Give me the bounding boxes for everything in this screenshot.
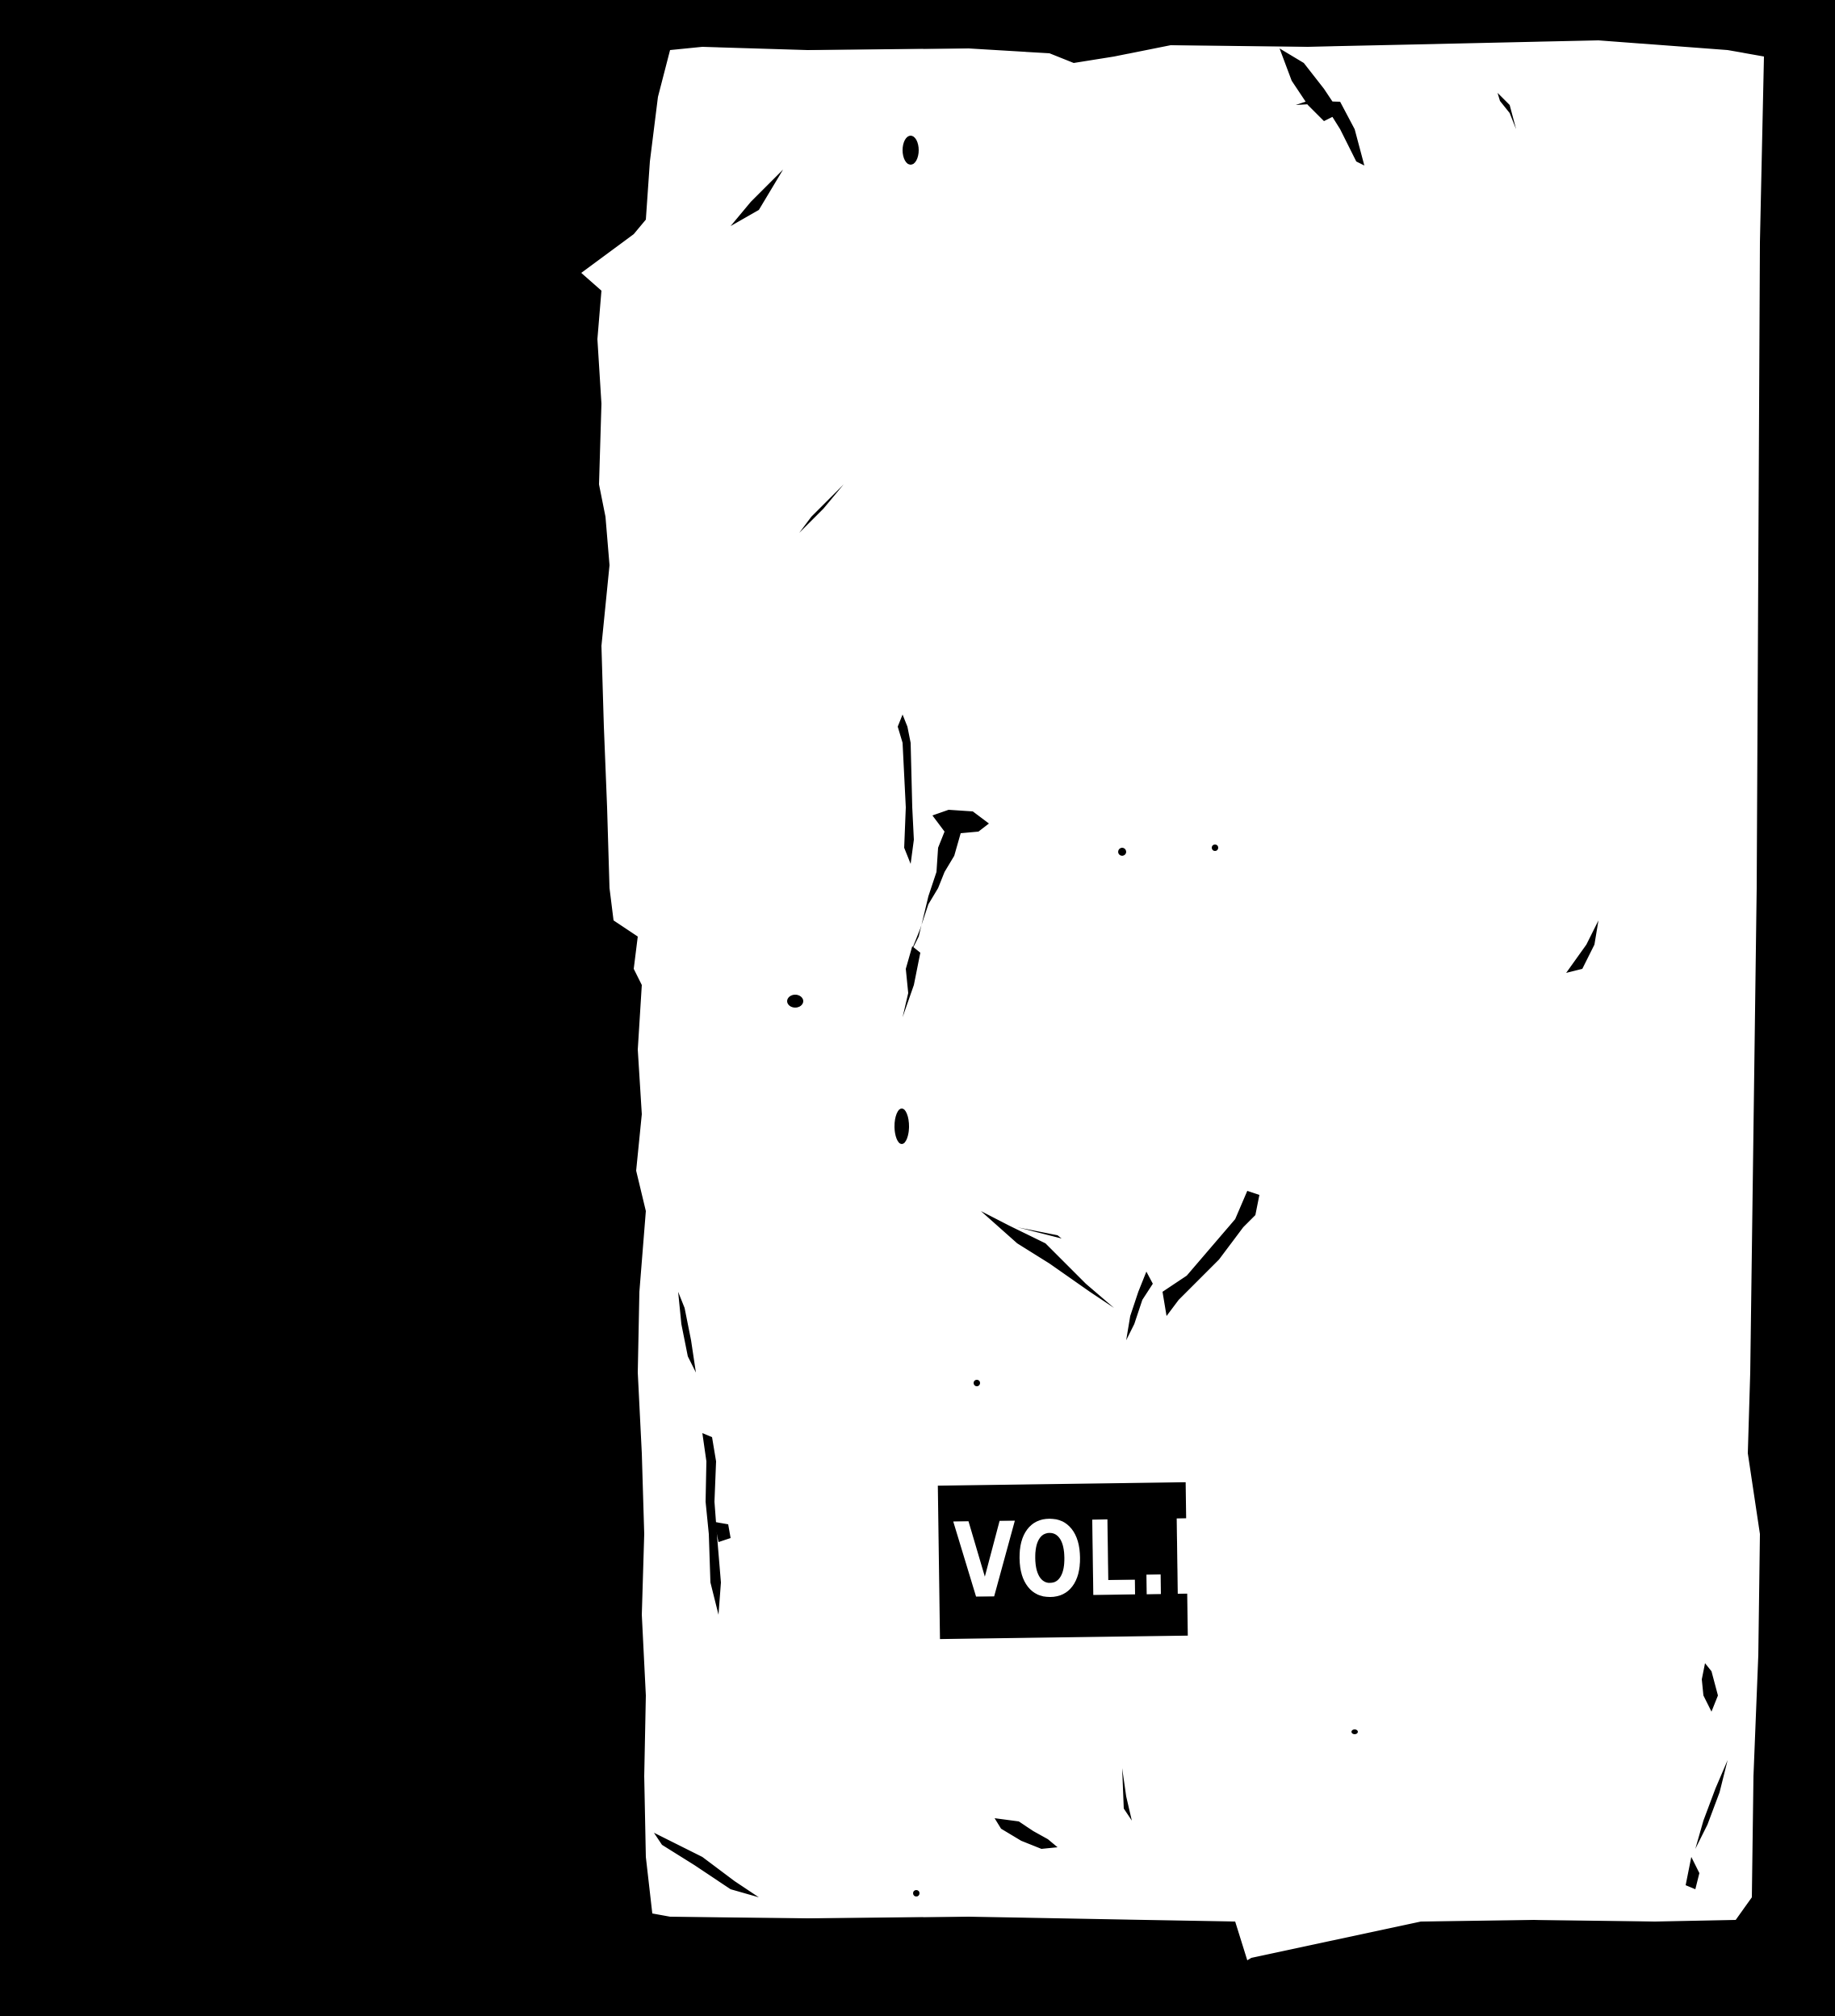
scanned-book-cover [0,0,1835,2016]
volume-label: VOL.I [938,1482,1188,1639]
volume-label-text: VOL.I [953,1507,1202,1614]
book-cover-page [581,40,1764,1960]
